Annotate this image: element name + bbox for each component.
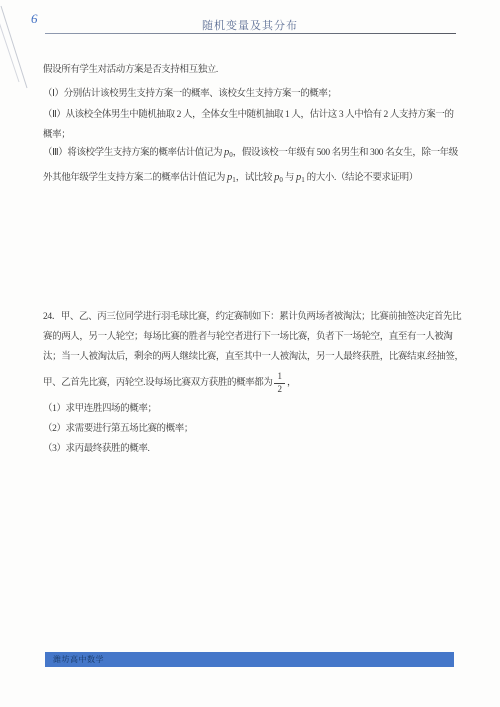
header-rule (45, 33, 456, 34)
fraction-denominator: 2 (274, 384, 285, 395)
p23-part3-line2-text-pre: 外其他年级学生支持方案二的概率估计值记为 (43, 173, 227, 183)
p23-part3-line2-text-mid1: ，试比较 (236, 173, 274, 183)
document-page: 6 随机变量及其分布 假设所有学生对活动方案是否支持相互独立. （Ⅰ）分别估计该… (0, 0, 500, 707)
p23-part1-line: （Ⅰ）分别估计该校男生支持方案一的概率、该校女生支持方案一的概率； (43, 88, 459, 100)
p23-part3-line2: 外其他年级学生支持方案二的概率估计值记为 p1，试比较 p0 与 p1 的大小.… (43, 172, 459, 186)
footer-bar: 潍坊高中数学 (45, 652, 454, 667)
p24-line4-text-post: ， (287, 377, 296, 389)
p24-question3: （3）求丙最终获胜的概率. (43, 443, 459, 455)
p24-question2: （2）求需要进行第五场比赛的概率； (43, 423, 459, 435)
header-title: 随机变量及其分布 (0, 17, 500, 33)
p23-part3-line1-text-pre: （Ⅲ）将该校学生支持方案的概率估计值记为 (43, 148, 224, 158)
math-fraction-one-half: 12 (274, 372, 285, 394)
fraction-numerator: 1 (274, 372, 285, 384)
p24-line2: 赛的两人，另一人轮空；每场比赛的胜者与轮空者进行下一场比赛，负者下一场轮空，直至… (43, 331, 459, 343)
p24-line4-text-pre: 甲、乙首先比赛，丙轮空.设每场比赛双方获胜的概率都为 (43, 377, 272, 389)
p23-part3-line2-text-mid2: 与 (283, 173, 296, 183)
p23-intro-line: 假设所有学生对活动方案是否支持相互独立. (43, 64, 459, 76)
p24-line1: 24．甲、乙、丙三位同学进行羽毛球比赛，约定赛制如下：累计负两场者被淘汰；比赛前… (43, 311, 459, 323)
p23-part2-line2: 概率； (43, 129, 459, 141)
p24-line4: 甲、乙首先比赛，丙轮空.设每场比赛双方获胜的概率都为12， (43, 372, 459, 394)
p23-part3-line1-text-post: ，假设该校一年级有 500 名男生和 300 名女生，除一年级 (233, 148, 458, 158)
footer-text: 潍坊高中数学 (45, 654, 104, 665)
p23-part2-line1: （Ⅱ）从该校全体男生中随机抽取 2 人，全体女生中随机抽取 1 人，估计这 3 … (43, 109, 459, 121)
p23-part3-line1: （Ⅲ）将该校学生支持方案的概率估计值记为 p0，假设该校一年级有 500 名男生… (43, 147, 459, 161)
p24-question1: （1）求甲连胜四场的概率； (43, 403, 459, 415)
p23-part3-line2-text-post: 的大小.（结论不要求证明） (305, 173, 418, 183)
p24-line3: 汰；当一人被淘汰后，剩余的两人继续比赛，直至其中一人被淘汰，另一人最终获胜，比赛… (43, 351, 459, 363)
